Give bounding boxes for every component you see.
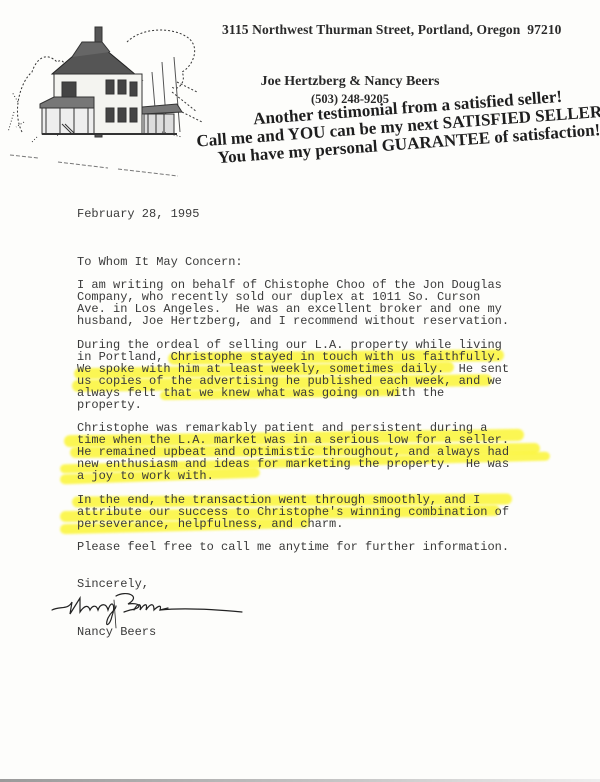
letterhead-names: Joe Hertzberg & Nancy Beers bbox=[250, 74, 450, 90]
letter-date: February 28, 1995 bbox=[77, 208, 199, 220]
text-line: Please feel free to call me anytime for … bbox=[77, 541, 509, 553]
text-line: perseverance, helpfulness, and charm. bbox=[77, 518, 343, 530]
text-line: a joy to work with. bbox=[77, 470, 214, 482]
handwritten-signature bbox=[50, 588, 250, 638]
letter-salutation: To Whom It May Concern: bbox=[77, 256, 243, 268]
text-line: husband, Joe Hertzberg, and I recommend … bbox=[77, 315, 509, 327]
house-illustration bbox=[2, 12, 214, 172]
road-line-drawing bbox=[8, 150, 188, 180]
text-line: property. bbox=[77, 399, 142, 411]
letterhead-address: 3115 Northwest Thurman Street, Portland,… bbox=[222, 22, 562, 38]
